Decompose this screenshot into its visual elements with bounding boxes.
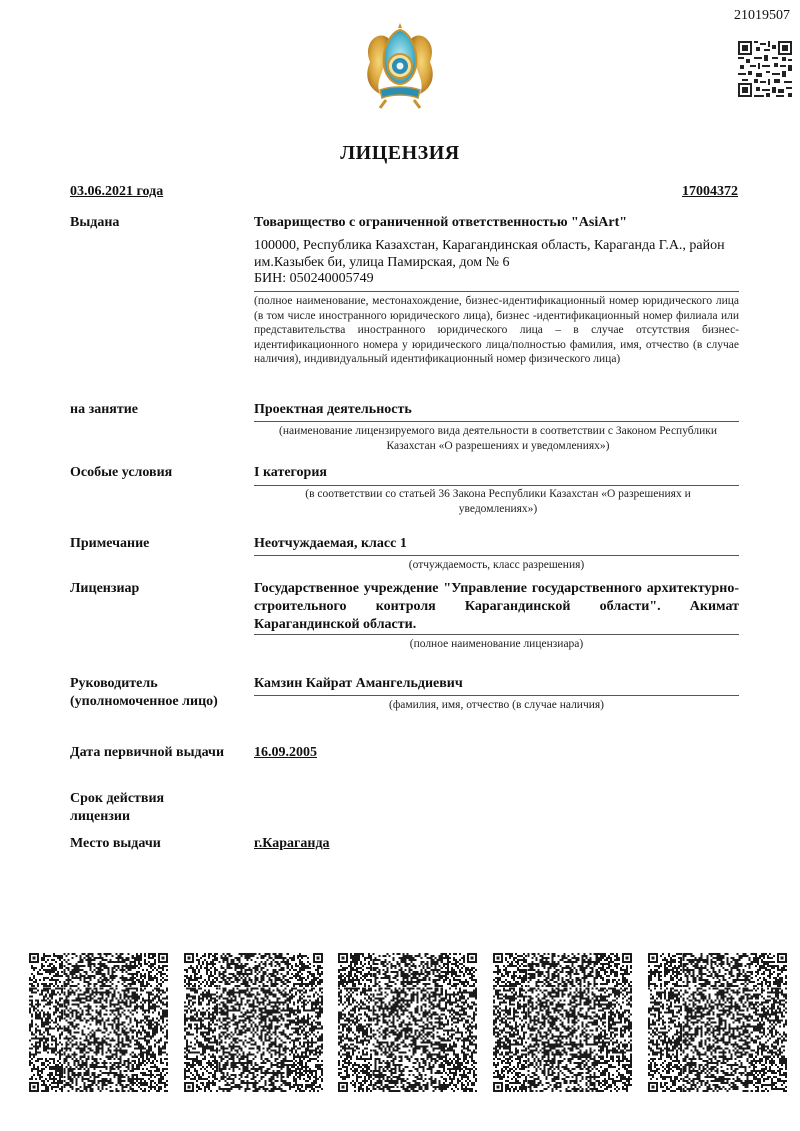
document-title: ЛИЦЕНЗИЯ [0,142,800,165]
qr-code-2-icon [184,953,323,1092]
divider [254,555,739,556]
qr-code-4-icon [493,953,632,1092]
activity-value: Проектная деятельность [254,401,739,418]
special-conditions-value: I категория [254,464,739,481]
license-number: 17004372 [682,184,738,200]
activity-hint: (наименование лицензируемого вида деятел… [278,424,718,453]
special-conditions-hint: (в соответствии со статьей 36 Закона Рес… [276,487,720,516]
licensor-hint: (полное наименование лицензиара) [254,637,739,652]
first-issue-date-label: Дата первичной выдачи [70,744,224,762]
note-value: Неотчуждаемая, класс 1 [254,535,739,552]
issued-to-name: Товарищество с ограниченной ответственно… [254,214,739,231]
qr-code-icon [738,41,792,97]
place-of-issue-value: г.Караганда [254,835,330,852]
qr-code-5-icon [648,953,787,1092]
licensor-label: Лицензиар [70,580,139,598]
special-conditions-label: Особые условия [70,464,172,482]
head-label-line1: Руководитель [70,675,158,693]
validity-label-line2: лицензии [70,808,130,826]
qr-code-3-icon [338,953,477,1092]
head-hint: (фамилия, имя, отчество (в случае наличи… [254,698,739,713]
divider [254,291,739,292]
issued-to-bin: БИН: 050240005749 [254,270,739,287]
issue-date: 03.06.2021 года [70,184,163,200]
head-label-line2: (уполномоченное лицо) [70,693,218,711]
note-label: Примечание [70,535,149,553]
licensor-value: Государственное учреждение "Управление г… [254,580,739,634]
divider [254,421,739,422]
issued-to-label: Выдана [70,214,119,232]
qr-code-1-icon [29,953,168,1092]
issued-to-address-line1: 100000, Республика Казахстан, Карагандин… [254,237,739,254]
activity-label: на занятие [70,401,138,419]
first-issue-date-value: 16.09.2005 [254,744,317,761]
note-hint: (отчуждаемость, класс разрешения) [254,558,739,573]
issued-to-hint: (полное наименование, местонахождение, б… [254,294,739,367]
divider [254,485,739,486]
validity-label-line1: Срок действия [70,790,164,808]
place-of-issue-label: Место выдачи [70,835,161,853]
issued-to-address-line2: им.Казыбек би, улица Памирская, дом № 6 [254,254,739,271]
head-value: Камзин Кайрат Амангельдиевич [254,675,739,692]
document-number: 21019507 [734,8,790,24]
divider [254,634,739,635]
state-emblem-icon [358,22,442,110]
divider [254,695,739,696]
